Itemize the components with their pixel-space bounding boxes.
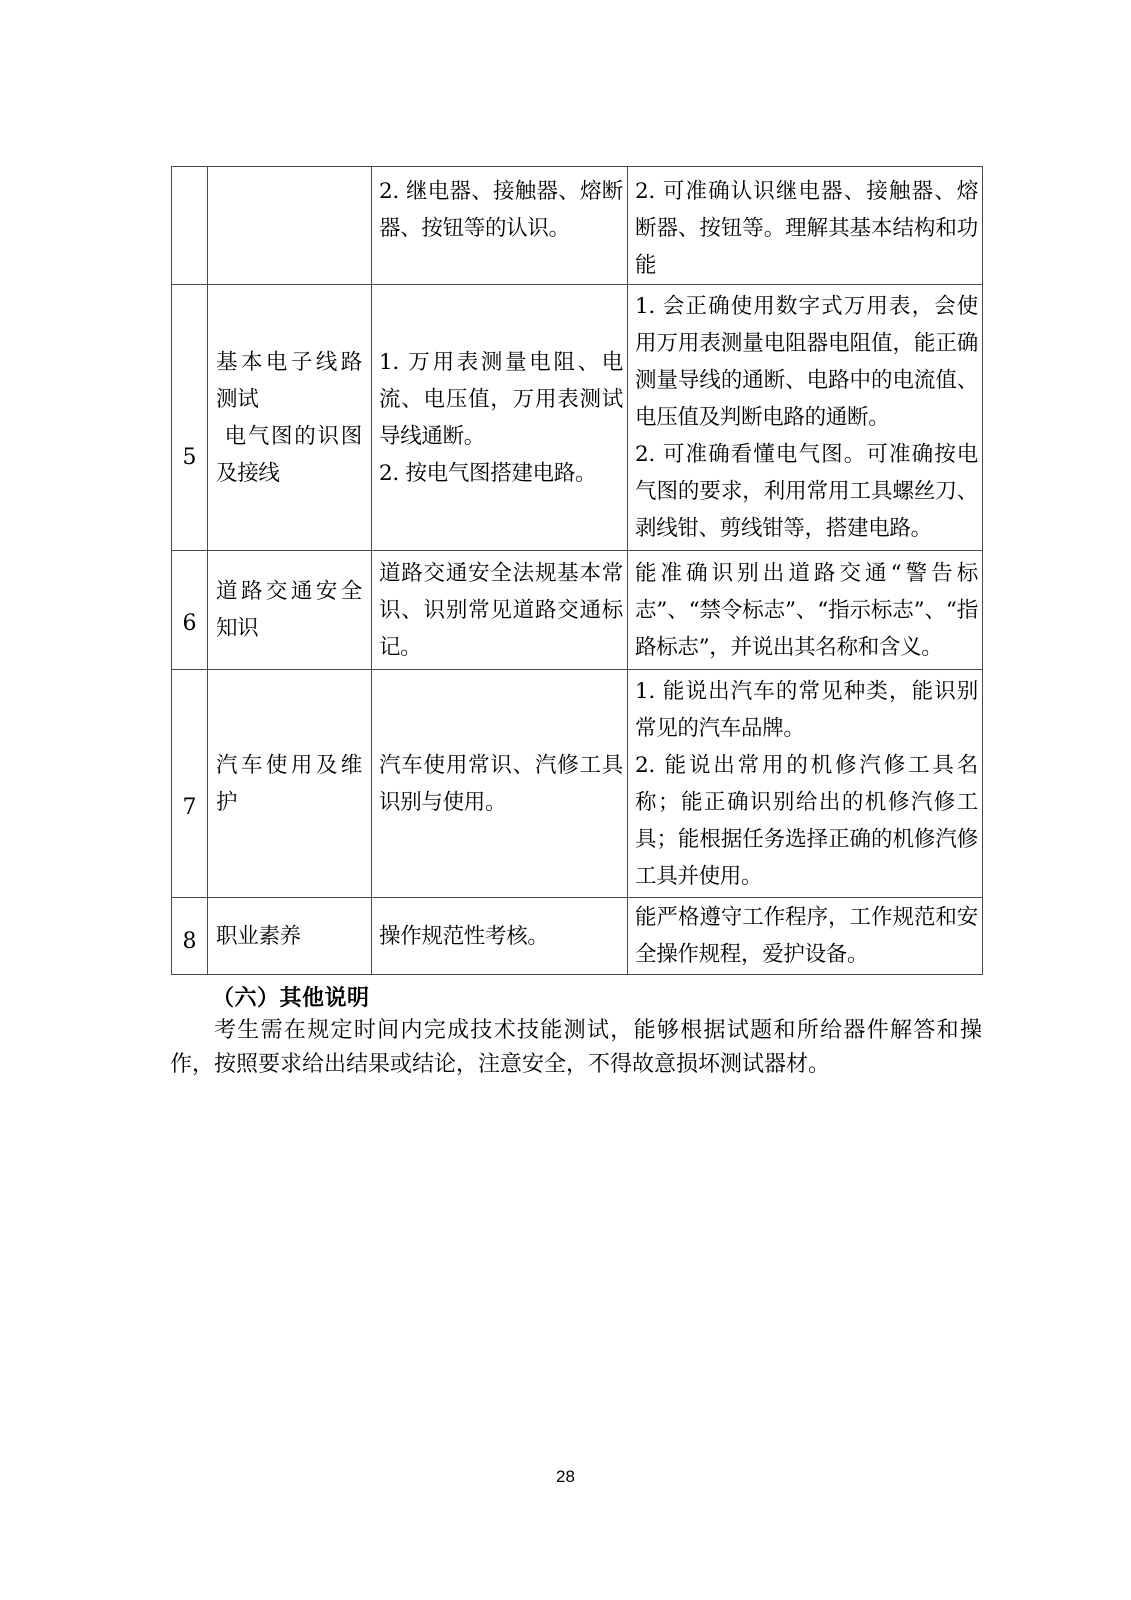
page-number: 28 <box>0 1467 1131 1487</box>
row-number-cell: 6 <box>172 551 208 670</box>
module-name-cell <box>208 167 372 285</box>
test-content: 操作规范性考核。 <box>379 924 549 949</box>
table-row: 2. 继电器、接触器、熔断器、按钮等的认识。 2. 可准确认识继电器、接触器、熔… <box>172 167 983 285</box>
row-number-cell: 7 <box>172 670 208 898</box>
row-number: 5 <box>183 445 197 470</box>
table-row: 7 汽车使用及维护 汽车使用常识、汽修工具识别与使用。 1. 能说出汽车的常见种… <box>172 670 983 898</box>
row-number: 7 <box>183 795 197 820</box>
requirement-text: 1. 会正确使用数字式万用表，会使用万用表测量电阻器电阻值，能正确测量导线的通断… <box>635 294 978 541</box>
table-row: 6 道路交通安全知识 道路交通安全法规基本常识、识别常见道路交通标记。 能准确识… <box>172 551 983 670</box>
requirement-cell: 1. 会正确使用数字式万用表，会使用万用表测量电阻器电阻值，能正确测量导线的通断… <box>628 285 983 551</box>
module-name: 基本电子线路测试 电气图的识图及接线 <box>216 350 362 486</box>
requirement-cell: 能准确识别出道路交通“警告标志”、“禁令标志”、“指示标志”、“指路标志”，并说… <box>628 551 983 670</box>
requirement-cell: 能严格遵守工作程序，工作规范和安全操作规程，爱护设备。 <box>628 898 983 975</box>
test-content: 道路交通安全法规基本常识、识别常见道路交通标记。 <box>379 561 623 660</box>
requirement-text: 能准确识别出道路交通“警告标志”、“禁令标志”、“指示标志”、“指路标志”，并说… <box>635 561 978 660</box>
row-number-cell: 5 <box>172 285 208 551</box>
module-name-cell: 职业素养 <box>208 898 372 975</box>
row-number: 8 <box>183 929 197 954</box>
requirement-cell: 1. 能说出汽车的常见种类，能识别常见的汽车品牌。 2. 能说出常用的机修汽修工… <box>628 670 983 898</box>
document-page: 2. 继电器、接触器、熔断器、按钮等的认识。 2. 可准确认识继电器、接触器、熔… <box>0 0 1131 1600</box>
module-name: 汽车使用及维护 <box>216 753 362 815</box>
test-content-cell: 道路交通安全法规基本常识、识别常见道路交通标记。 <box>372 551 628 670</box>
section-heading: （六）其他说明 <box>212 981 370 1012</box>
test-content: 汽车使用常识、汽修工具识别与使用。 <box>379 753 623 815</box>
test-content-cell: 汽车使用常识、汽修工具识别与使用。 <box>372 670 628 898</box>
body-paragraph: 考生需在规定时间内完成技术技能测试，能够根据试题和所给器件解答和操作，按照要求给… <box>170 1014 982 1082</box>
test-content: 2. 继电器、接触器、熔断器、按钮等的认识。 <box>379 179 623 241</box>
requirement-text: 2. 可准确认识继电器、接触器、熔断器、按钮等。理解其基本结构和功能 <box>635 179 978 278</box>
skills-spec-table: 2. 继电器、接触器、熔断器、按钮等的认识。 2. 可准确认识继电器、接触器、熔… <box>171 166 983 975</box>
module-name-cell: 基本电子线路测试 电气图的识图及接线 <box>208 285 372 551</box>
module-name: 职业素养 <box>216 924 301 949</box>
test-content-cell: 2. 继电器、接触器、熔断器、按钮等的认识。 <box>372 167 628 285</box>
module-name-cell: 汽车使用及维护 <box>208 670 372 898</box>
row-number-cell <box>172 167 208 285</box>
requirement-text: 1. 能说出汽车的常见种类，能识别常见的汽车品牌。 2. 能说出常用的机修汽修工… <box>635 679 978 889</box>
module-name: 道路交通安全知识 <box>216 579 362 641</box>
row-number-cell: 8 <box>172 898 208 975</box>
module-name-cell: 道路交通安全知识 <box>208 551 372 670</box>
test-content-cell: 1. 万用表测量电阻、电流、电压值，万用表测试导线通断。 2. 按电气图搭建电路… <box>372 285 628 551</box>
table-row: 5 基本电子线路测试 电气图的识图及接线 1. 万用表测量电阻、电流、电压值，万… <box>172 285 983 551</box>
requirement-text: 能严格遵守工作程序，工作规范和安全操作规程，爱护设备。 <box>635 905 978 967</box>
row-number: 6 <box>183 611 197 636</box>
table-row: 8 职业素养 操作规范性考核。 能严格遵守工作程序，工作规范和安全操作规程，爱护… <box>172 898 983 975</box>
test-content: 1. 万用表测量电阻、电流、电压值，万用表测试导线通断。 2. 按电气图搭建电路… <box>379 350 623 486</box>
test-content-cell: 操作规范性考核。 <box>372 898 628 975</box>
requirement-cell: 2. 可准确认识继电器、接触器、熔断器、按钮等。理解其基本结构和功能 <box>628 167 983 285</box>
